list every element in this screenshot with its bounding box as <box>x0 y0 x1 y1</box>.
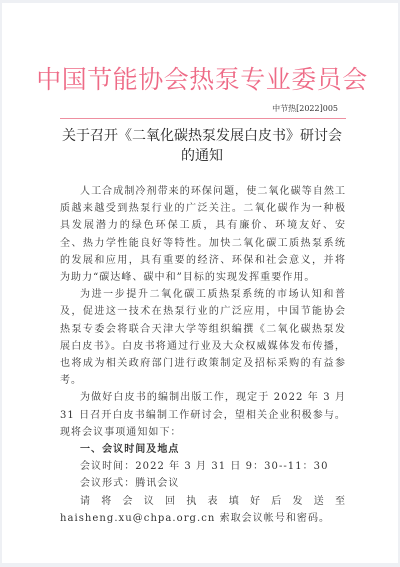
red-divider-line <box>60 118 346 119</box>
notice-body: 人工合成制冷剂带来的环保问题，使二氧化碳等自然工质越来越受到热泵行业的广泛关注。… <box>60 183 346 527</box>
notice-title-line-1: 关于召开《二氧化碳热泵发展白皮书》研讨会 <box>52 126 352 146</box>
document-number: 中节热[2022]005 <box>272 104 338 114</box>
section-heading-time-place: 一、会议时间及地点 <box>60 441 346 458</box>
paragraph-meeting-announcement: 为做好白皮书的编制出版工作，现定于 2022 年 3 月 31 日召开白皮书编制… <box>60 389 346 441</box>
paragraph-background: 人工合成制冷剂带来的环保问题，使二氧化碳等自然工质越来越受到热泵行业的广泛关注。… <box>60 183 346 286</box>
meeting-time: 会议时间：2022 年 3 月 31 日 9：30--11：30 <box>60 458 346 475</box>
organization-title: 中国节能协会热泵专业委员会 <box>2 65 400 95</box>
paragraph-whitepaper: 为进一步提升二氧化碳工质热泵系统的市场认知和普及，促进这一技术在热泵行业的广泛应… <box>60 286 346 389</box>
contact-instructions: 请将会议回执表填好后发送至 haisheng.xu@chpa.org.cn 索取… <box>60 493 346 527</box>
notice-title-line-2: 的通知 <box>52 146 352 166</box>
document-page: 中国节能协会热泵专业委员会 中节热[2022]005 关于召开《二氧化碳热泵发展… <box>2 3 398 563</box>
meeting-format: 会议形式：腾讯会议 <box>60 475 346 492</box>
notice-title: 关于召开《二氧化碳热泵发展白皮书》研讨会 的通知 <box>52 126 352 166</box>
